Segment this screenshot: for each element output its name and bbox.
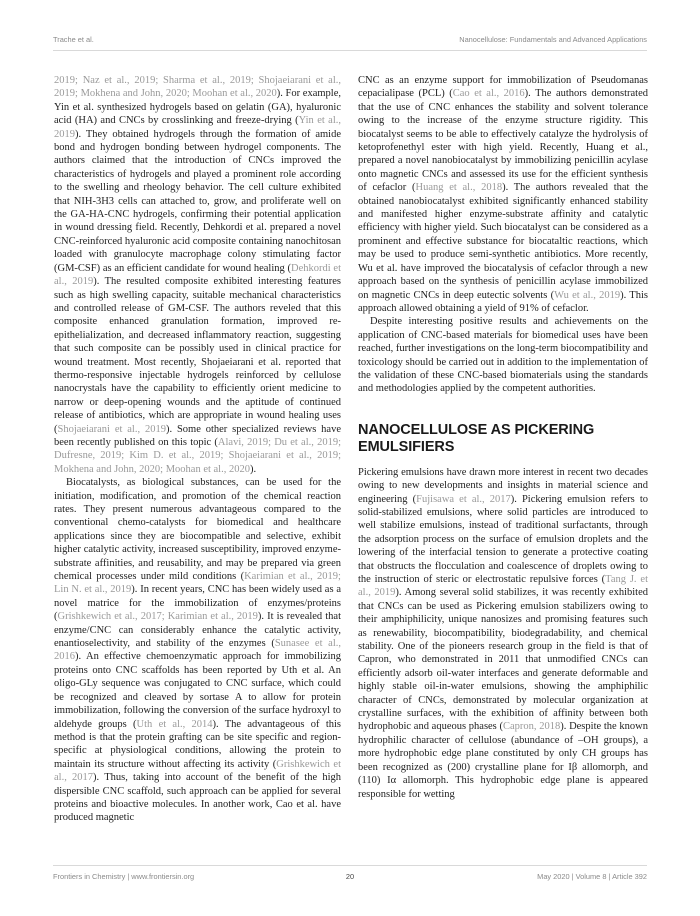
- page-footer: Frontiers in Chemistry | www.frontiersin…: [53, 865, 647, 886]
- citation-link[interactable]: Grishkewich et al., 2017; Karimian et al…: [58, 611, 258, 622]
- citation-link[interactable]: Capron, 2018: [503, 721, 560, 732]
- running-authors: Trache et al.: [53, 35, 94, 44]
- body-text: ). Pickering emulsion refers to solid-st…: [358, 494, 648, 585]
- paragraph: Biocatalysts, as biological substances, …: [54, 476, 341, 825]
- issue-info: May 2020 | Volume 8 | Article 392: [537, 872, 647, 881]
- right-column: CNC as an enzyme support for immobilizat…: [358, 74, 648, 801]
- paragraph: Pickering emulsions have drawn more inte…: [358, 466, 648, 801]
- body-text: ). The resulted composite exhibited inte…: [54, 276, 341, 434]
- citation-link[interactable]: Cao et al., 2016: [453, 88, 525, 99]
- citation-link[interactable]: Huang et al., 2018: [416, 182, 503, 193]
- paragraph: Despite interesting positive results and…: [358, 315, 648, 395]
- body-text: ). The authors demonstrated that the use…: [358, 88, 648, 193]
- citation-link[interactable]: Shojaeiarani et al., 2019: [58, 424, 166, 435]
- body-text: ). Thus, taking into account of the bene…: [54, 772, 341, 823]
- body-text: ). Among several solid stabilizes, it wa…: [358, 587, 648, 732]
- body-text: Biocatalysts, as biological substances, …: [54, 477, 341, 582]
- citation-link[interactable]: Wu et al., 2019: [554, 290, 620, 301]
- citation-link[interactable]: Uth et al., 2014: [137, 719, 213, 730]
- body-text: ). They obtained hydrogels through the f…: [54, 129, 341, 274]
- page-header: Trache et al. Nanocellulose: Fundamental…: [53, 32, 647, 51]
- body-text: ).: [250, 464, 256, 475]
- left-column: 2019; Naz et al., 2019; Sharma et al., 2…: [54, 74, 341, 825]
- paragraph: 2019; Naz et al., 2019; Sharma et al., 2…: [54, 74, 341, 476]
- citation-link[interactable]: Fujisawa et al., 2017: [416, 494, 511, 505]
- body-text: Despite interesting positive results and…: [358, 316, 648, 394]
- running-title: Nanocellulose: Fundamentals and Advanced…: [459, 35, 647, 44]
- body-text: ). Despite the known hydrophilic charact…: [358, 721, 648, 799]
- paragraph: CNC as an enzyme support for immobilizat…: [358, 74, 648, 315]
- section-heading: NANOCELLULOSE AS PICKERING EMULSIFIERS: [358, 422, 648, 456]
- body-text: ). The authors revealed that the obtaine…: [358, 182, 648, 300]
